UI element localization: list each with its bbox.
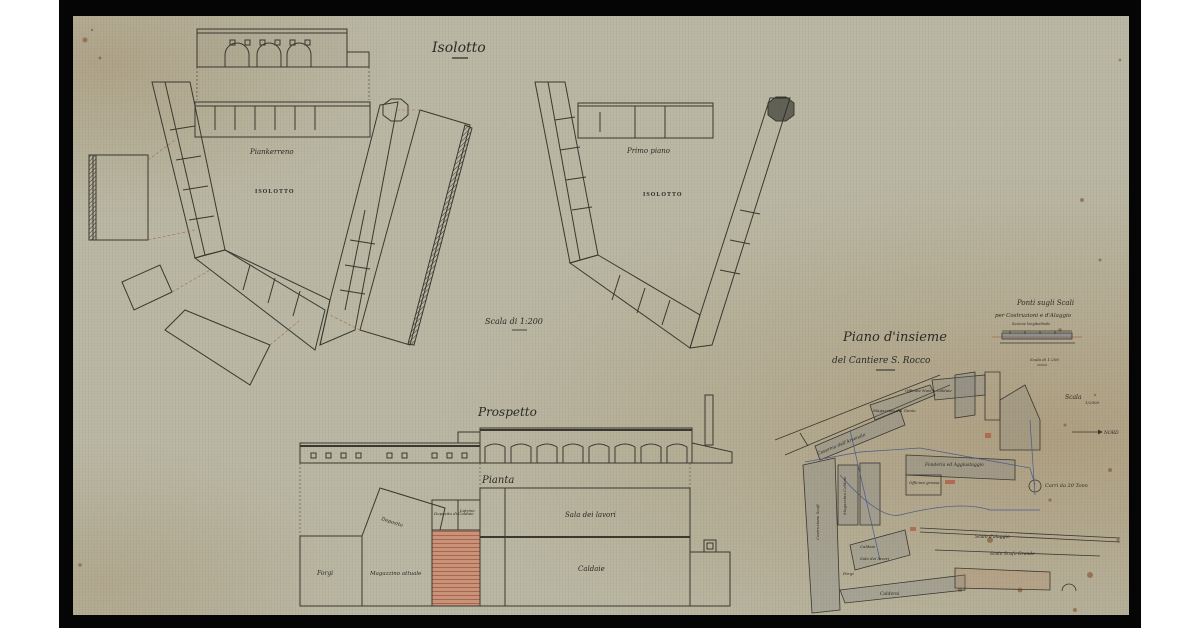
site-label-officine: Officine Navi e Caldaie bbox=[905, 388, 952, 393]
site-label-carri: Carri da 20 Tonn bbox=[1045, 483, 1088, 489]
plan-title: Pianta bbox=[481, 475, 514, 486]
sheet-title: Isolotto bbox=[431, 40, 486, 56]
site-label-caldaie: Caldaie bbox=[860, 544, 876, 549]
site-scale-fraction: 1/2000 bbox=[1085, 400, 1100, 405]
plans-scale-note: Scala di 1:200 bbox=[485, 317, 543, 326]
site-label-officina-grossa: Officina grossa bbox=[909, 480, 940, 485]
left-floor-plan bbox=[89, 29, 472, 385]
site-label-scalo-alaggio: Scalo d'alaggio bbox=[975, 534, 1010, 540]
site-label-fonderia: Fonderia ed Aggiustaggio bbox=[924, 462, 984, 468]
bridge-subtitle: Sezione longitudinale bbox=[1012, 322, 1050, 326]
site-plan-drawing bbox=[775, 372, 1120, 613]
architectural-drawing: Isolotto bbox=[0, 0, 1200, 628]
site-label-scalo-grande: Scalo Scafo Grande bbox=[990, 551, 1035, 557]
north-arrow-icon bbox=[1072, 430, 1102, 434]
room-deposito: Deposito bbox=[379, 516, 403, 529]
room-forgi: Forgi bbox=[316, 570, 333, 577]
site-label-calderai: Calderai bbox=[880, 591, 900, 597]
bridge-section-drawing bbox=[992, 331, 1082, 343]
site-plan-title-line2: del Cantiere S. Rocco bbox=[832, 356, 931, 366]
room-caldaie: Caldaie bbox=[578, 565, 605, 573]
site-label-forgi: Forgi bbox=[842, 571, 854, 576]
bridge-scale-note: Scala di 1:200 bbox=[1030, 357, 1059, 362]
right-plan-label: ISOLOTTO bbox=[643, 192, 683, 198]
site-plan-title-line1: Piano d'insieme bbox=[842, 330, 947, 345]
site-label-magazzino-caldaie: Magazzino Caldaie bbox=[842, 476, 847, 516]
site-scale-label: Scala bbox=[1065, 394, 1082, 401]
site-label-sala-lavori: Sala dei lavori bbox=[860, 556, 890, 561]
left-plan-wing-label: Piankerreno bbox=[249, 148, 294, 156]
elevation-title: Prospetto bbox=[477, 405, 537, 419]
room-latrine: Latrine bbox=[459, 508, 475, 513]
site-label-costruzione: Costruzione Scafi bbox=[815, 504, 820, 540]
bridge-title-line1: Ponti sugli Scali bbox=[1016, 299, 1074, 307]
left-plan-label: ISOLOTTO bbox=[255, 189, 295, 195]
room-sala-lavori: Sala dei lavori bbox=[565, 511, 616, 519]
site-label-magazzino: Magazzino del Genio bbox=[872, 408, 916, 413]
elevation-drawing bbox=[300, 395, 732, 606]
north-label: NORD bbox=[1103, 430, 1119, 436]
bridge-title-line2: per Costruzioni e d'Alaggio bbox=[995, 313, 1072, 319]
room-magazzino: Magazzino attuale bbox=[369, 571, 422, 577]
right-floor-plan bbox=[535, 82, 794, 348]
right-plan-wing-label: Primo piano bbox=[626, 147, 670, 155]
